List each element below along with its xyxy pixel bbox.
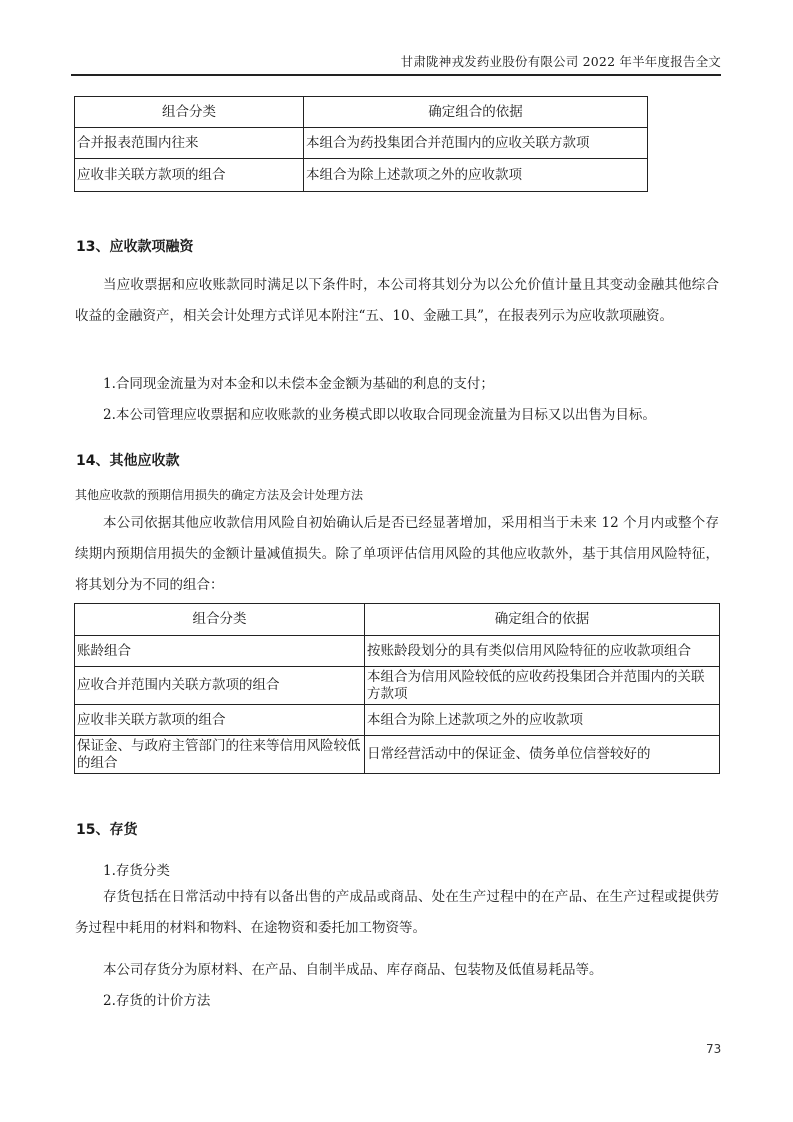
column-header: 组合分类 bbox=[75, 97, 304, 128]
section-heading-13: 13、应收款项融资 bbox=[76, 236, 193, 256]
table-cell: 本组合为药投集团合并范围内的应收关联方款项 bbox=[304, 128, 648, 159]
section-13-item-2: 2.本公司管理应收票据和应收账款的业务模式即以收取合同现金流量为目标又以出售为目… bbox=[103, 403, 656, 423]
table-cell: 按账龄段划分的具有类似信用风险特征的应收款项组合 bbox=[365, 636, 720, 667]
page-header: 甘肃陇神戎发药业股份有限公司 2022 年半年度报告全文 bbox=[71, 50, 721, 76]
page-number: 73 bbox=[706, 1042, 721, 1056]
table-row: 合并报表范围内往来 本组合为药投集团合并范围内的应收关联方款项 bbox=[75, 128, 648, 159]
table-header-row: 组合分类 确定组合的依据 bbox=[75, 97, 648, 128]
table-header-row: 组合分类 确定组合的依据 bbox=[75, 604, 720, 636]
section-heading-14: 14、其他应收款 bbox=[76, 450, 179, 470]
table-cell: 保证金、与政府主管部门的往来等信用风险较低的组合 bbox=[75, 736, 365, 774]
column-header: 确定组合的依据 bbox=[365, 604, 720, 636]
section-heading-15: 15、存货 bbox=[76, 819, 137, 839]
table-cell: 应收非关联方款项的组合 bbox=[75, 705, 365, 736]
table-row: 应收非关联方款项的组合 本组合为除上述款项之外的应收款项 bbox=[75, 159, 648, 192]
section-13-paragraph: 当应收票据和应收账款同时满足以下条件时，本公司将其划分为以公允价值计量且其变动金… bbox=[75, 270, 719, 332]
table-row: 账龄组合 按账龄段划分的具有类似信用风险特征的应收款项组合 bbox=[75, 636, 720, 667]
section-15-paragraph-2: 本公司存货分为原材料、在产品、自制半成品、库存商品、包装物及低值易耗品等。 bbox=[103, 958, 603, 978]
report-title: 甘肃陇神戎发药业股份有限公司 2022 年半年度报告全文 bbox=[401, 52, 721, 70]
table-cell: 账龄组合 bbox=[75, 636, 365, 667]
combination-table-other-receivables: 组合分类 确定组合的依据 账龄组合 按账龄段划分的具有类似信用风险特征的应收款项… bbox=[74, 603, 720, 774]
section-15-sub-2: 2.存货的计价方法 bbox=[103, 989, 210, 1009]
table-cell: 应收非关联方款项的组合 bbox=[75, 159, 304, 192]
section-15-paragraph-1: 存货包括在日常活动中持有以备出售的产成品或商品、处在生产过程中的在产品、在生产过… bbox=[75, 882, 719, 944]
table-row: 保证金、与政府主管部门的往来等信用风险较低的组合 日常经营活动中的保证金、债务单… bbox=[75, 736, 720, 774]
table-row: 应收合并范围内关联方款项的组合 本组合为信用风险较低的应收药投集团合并范围内的关… bbox=[75, 667, 720, 705]
table-row: 应收非关联方款项的组合 本组合为除上述款项之外的应收款项 bbox=[75, 705, 720, 736]
table-cell: 应收合并范围内关联方款项的组合 bbox=[75, 667, 365, 705]
combination-table-receivables: 组合分类 确定组合的依据 合并报表范围内往来 本组合为药投集团合并范围内的应收关… bbox=[74, 96, 648, 192]
column-header: 确定组合的依据 bbox=[304, 97, 648, 128]
table-cell: 合并报表范围内往来 bbox=[75, 128, 304, 159]
section-14-paragraph: 本公司依据其他应收款信用风险自初始确认后是否已经显著增加，采用相当于未来 12 … bbox=[75, 508, 719, 601]
table-cell: 本组合为除上述款项之外的应收款项 bbox=[365, 705, 720, 736]
column-header: 组合分类 bbox=[75, 604, 365, 636]
table-cell: 本组合为除上述款项之外的应收款项 bbox=[304, 159, 648, 192]
section-13-item-1: 1.合同现金流量为对本金和以未偿本金金额为基础的利息的支付； bbox=[103, 372, 494, 392]
table-cell: 日常经营活动中的保证金、债务单位信誉较好的 bbox=[365, 736, 720, 774]
table-cell: 本组合为信用风险较低的应收药投集团合并范围内的关联方款项 bbox=[365, 667, 720, 705]
section-15-sub-1: 1.存货分类 bbox=[103, 859, 170, 879]
section-14-subtitle: 其他应收款的预期信用损失的确定方法及会计处理方法 bbox=[75, 486, 363, 503]
